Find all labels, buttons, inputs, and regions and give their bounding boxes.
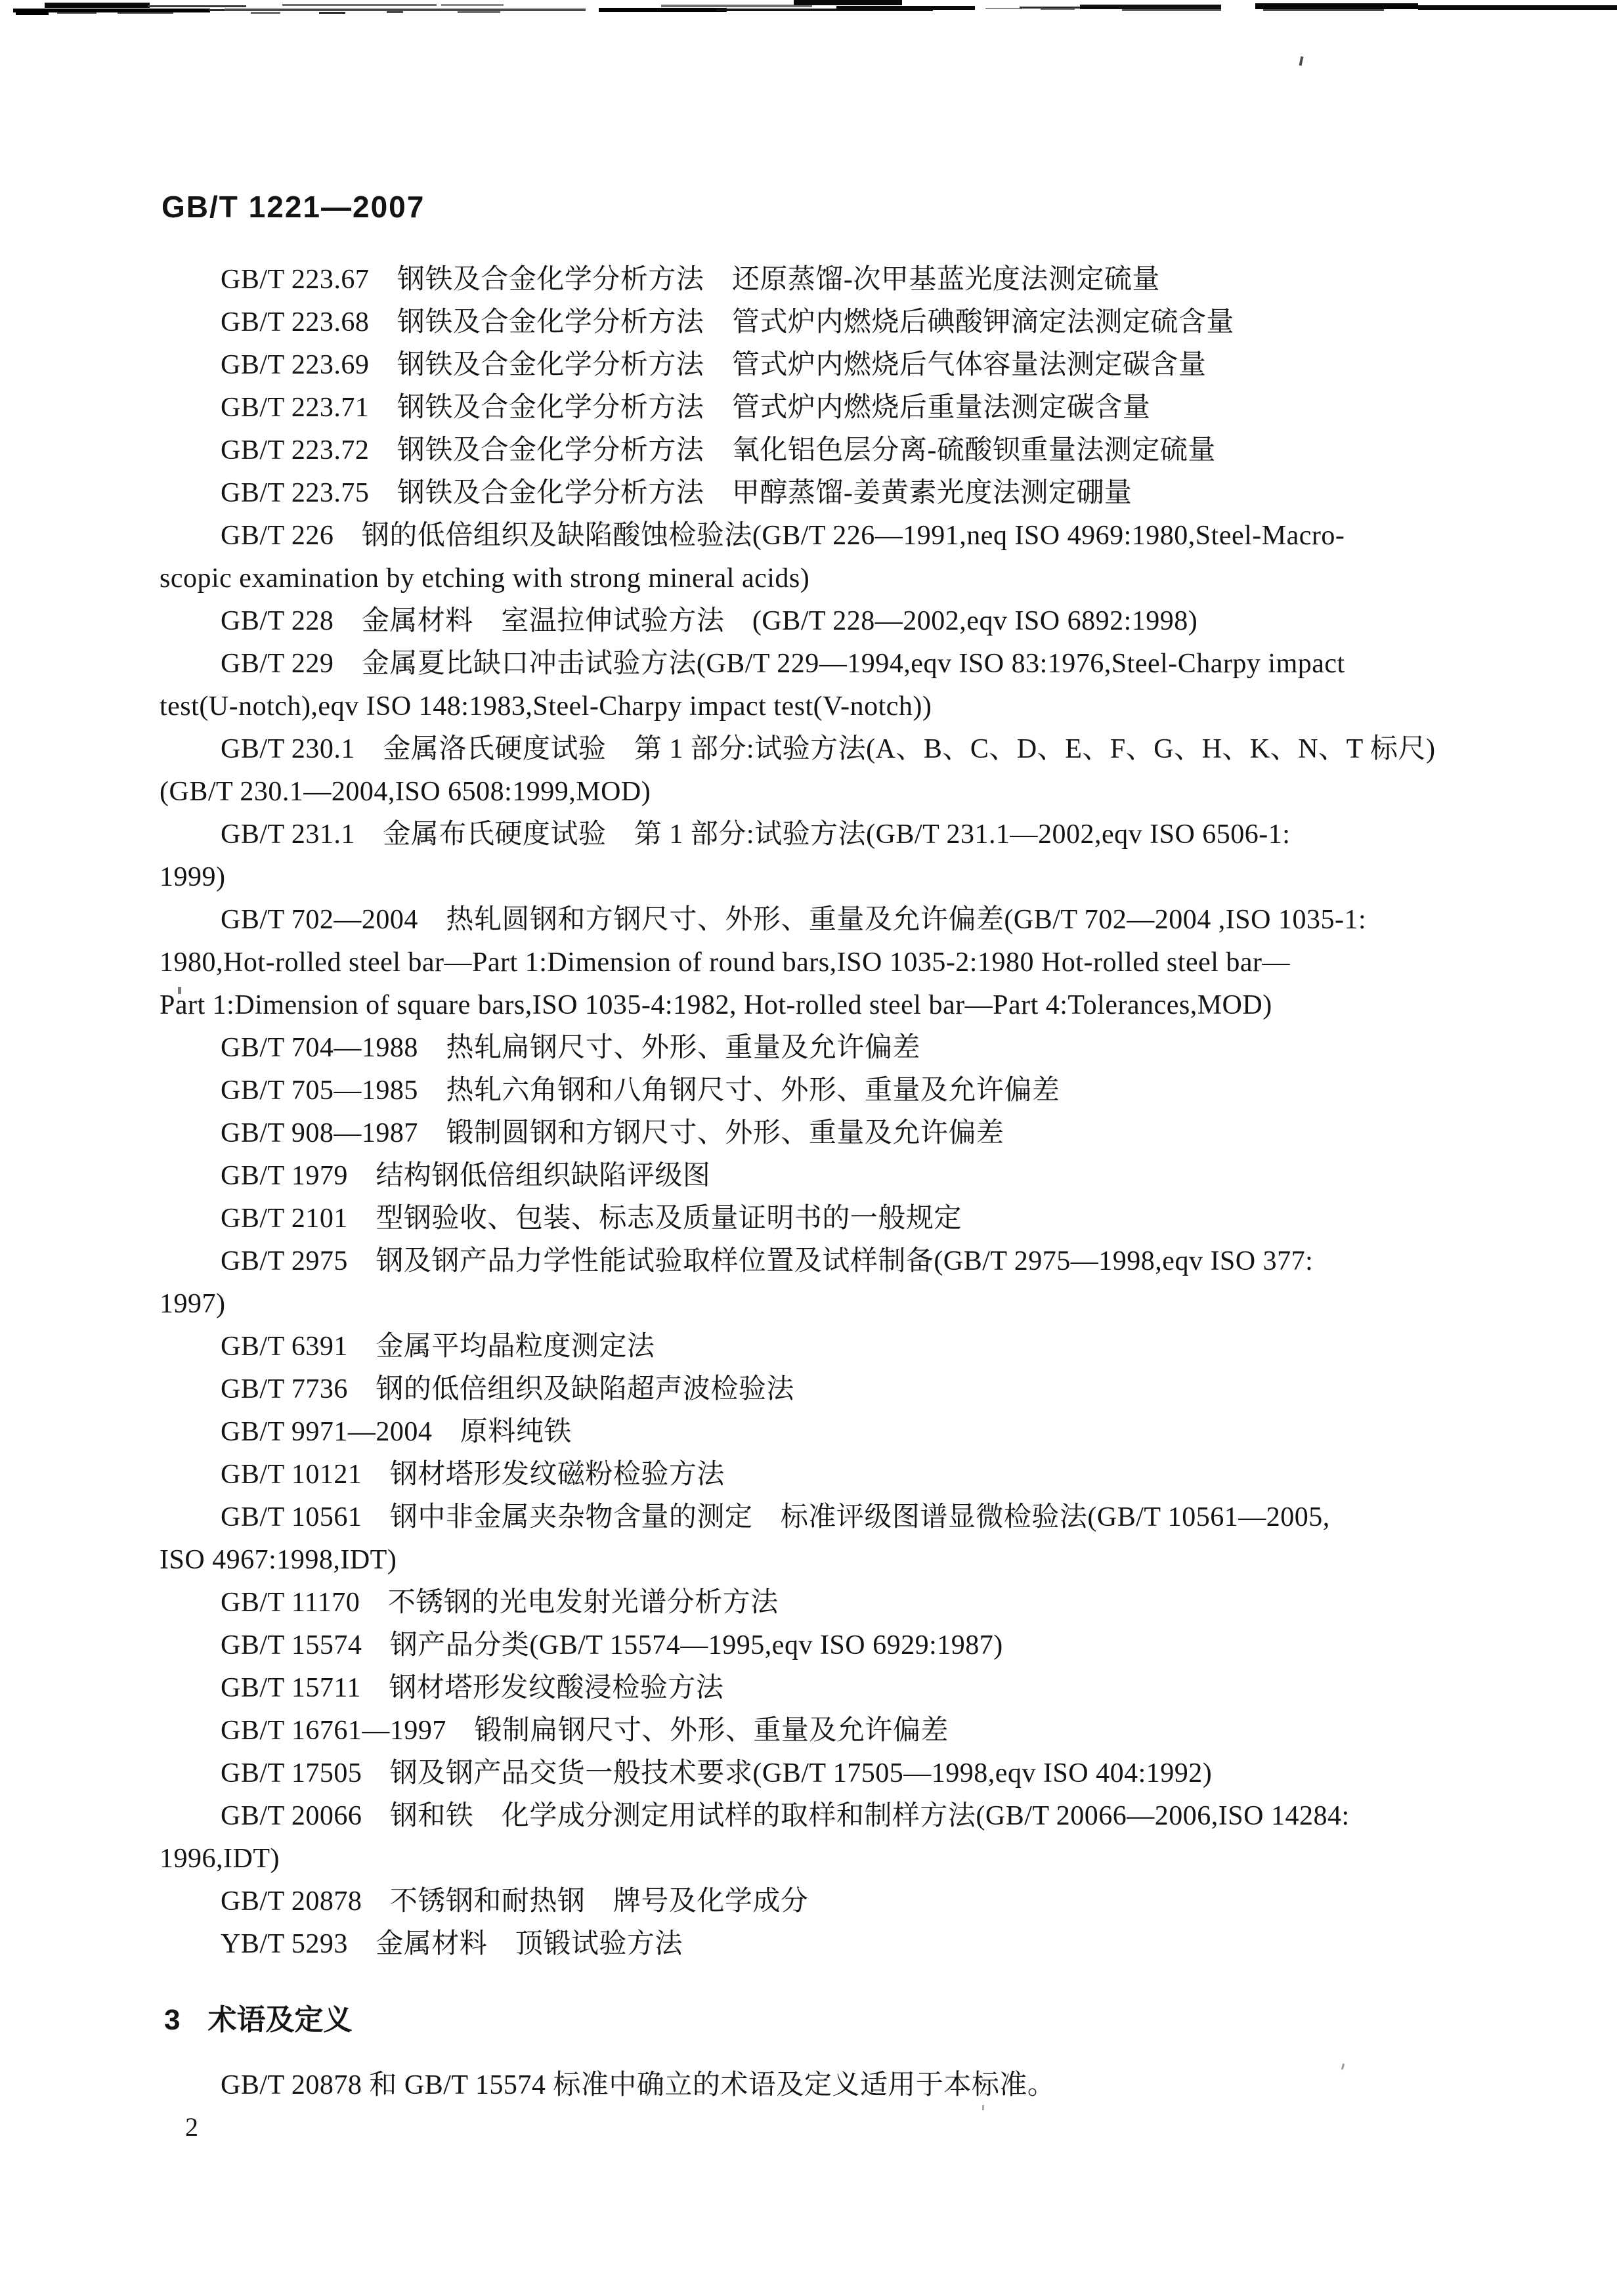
- reference-line: GB/T 223.72 钢铁及合金化学分析方法 氧化铝色层分离-硫酸钡重量法测定…: [160, 429, 1571, 472]
- reference-line: 1980,Hot-rolled steel bar—Part 1:Dimensi…: [160, 942, 1571, 984]
- reference-line: GB/T 10121 钢材塔形发纹磁粉检验方法: [160, 1454, 1571, 1496]
- reference-line: 1999): [160, 856, 1571, 899]
- scan-artifact: [599, 8, 727, 12]
- page-number: 2: [185, 2109, 198, 2146]
- scan-artifact: [1299, 56, 1304, 66]
- reference-line: ISO 4967:1998,IDT): [160, 1539, 1571, 1582]
- reference-line: GB/T 223.71 钢铁及合金化学分析方法 管式炉内燃烧后重量法测定碳含量: [160, 387, 1571, 429]
- reference-line: GB/T 228 金属材料 室温拉伸试验方法 (GB/T 228—2002,eq…: [160, 600, 1571, 643]
- reference-line: (GB/T 230.1—2004,ISO 6508:1999,MOD): [160, 771, 1571, 813]
- reference-line: GB/T 231.1 金属布氏硬度试验 第 1 部分:试验方法(GB/T 231…: [160, 813, 1571, 856]
- scan-artifact: [836, 6, 975, 10]
- section-title: 术语及定义: [207, 2004, 352, 2036]
- standard-code-header: GB/T 1221—2007: [162, 189, 425, 225]
- terms-definitions-paragraph: GB/T 20878 和 GB/T 15574 标准中确立的术语及定义适用于本标…: [160, 2064, 1055, 2107]
- scan-artifact: [1263, 9, 1384, 11]
- reference-line: GB/T 1979 结构钢低倍组织缺陷评级图: [160, 1155, 1571, 1198]
- scanned-document-page: { "header": { "standard_code": "GB/T 122…: [0, 0, 1617, 2296]
- reference-line: GB/T 16761—1997 锻制扁钢尺寸、外形、重量及允许偏差: [160, 1710, 1571, 1752]
- reference-line: GB/T 223.67 钢铁及合金化学分析方法 还原蒸馏-次甲基蓝光度法测定硫量: [160, 259, 1571, 301]
- reference-line: GB/T 223.69 钢铁及合金化学分析方法 管式炉内燃烧后气体容量法测定碳含…: [160, 344, 1571, 387]
- reference-line: GB/T 11170 不锈钢的光电发射光谱分析方法: [160, 1582, 1571, 1624]
- scan-artifact: [1080, 5, 1221, 9]
- scan-artifact: [1341, 2064, 1345, 2069]
- reference-line: test(U-notch),eqv ISO 148:1983,Steel-Cha…: [160, 685, 1571, 728]
- scan-artifact: [1041, 9, 1075, 10]
- scan-artifact: [661, 5, 812, 7]
- reference-line: GB/T 17505 钢及钢产品交货一般技术要求(GB/T 17505—1998…: [160, 1752, 1571, 1795]
- reference-line: GB/T 230.1 金属洛氏硬度试验 第 1 部分:试验方法(A、B、C、D、…: [160, 728, 1571, 771]
- scan-artifact: [985, 8, 1022, 9]
- reference-line: Part 1:Dimension of square bars,ISO 1035…: [160, 984, 1571, 1027]
- reference-line: GB/T 9971—2004 原料纯铁: [160, 1411, 1571, 1454]
- reference-line: GB/T 10561 钢中非金属夹杂物含量的测定 标准评级图谱显微检验法(GB/…: [160, 1496, 1571, 1539]
- reference-line: GB/T 223.75 钢铁及合金化学分析方法 甲醇蒸馏-姜黄素光度法测定硼量: [160, 472, 1571, 515]
- scan-artifact: [57, 12, 97, 14]
- scan-artifact: [1418, 5, 1617, 10]
- reference-line: GB/T 705—1985 热轧六角钢和八角钢尺寸、外形、重量及允许偏差: [160, 1070, 1571, 1112]
- scan-artifact: [319, 12, 345, 14]
- reference-line: GB/T 7736 钢的低倍组织及缺陷超声波检验法: [160, 1368, 1571, 1411]
- scan-artifact: [251, 12, 280, 14]
- section-number: 3: [164, 2004, 180, 2036]
- section-heading: 3术语及定义: [164, 1999, 352, 2041]
- reference-line: GB/T 15711 钢材塔形发纹酸浸检验方法: [160, 1667, 1571, 1710]
- reference-line: 1996,IDT): [160, 1838, 1571, 1880]
- reference-line: GB/T 229 金属夏比缺口冲击试验方法(GB/T 229—1994,eqv …: [160, 643, 1571, 685]
- scan-artifact: [225, 9, 586, 11]
- scan-artifact: [45, 3, 150, 8]
- scan-artifact: [282, 4, 437, 6]
- reference-line: GB/T 6391 金属平均晶粒度测定法: [160, 1326, 1571, 1368]
- scan-artifact: [458, 11, 500, 13]
- reference-line: GB/T 702—2004 热轧圆钢和方钢尺寸、外形、重量及允许偏差(GB/T …: [160, 899, 1571, 942]
- reference-line: GB/T 20878 不锈钢和耐热钢 牌号及化学成分: [160, 1880, 1571, 1923]
- scan-artifact: [441, 4, 504, 6]
- scan-artifact: [16, 12, 49, 15]
- reference-line: GB/T 20066 钢和铁 化学成分测定用试样的取样和制样方法(GB/T 20…: [160, 1795, 1571, 1838]
- reference-line: 1997): [160, 1283, 1571, 1326]
- reference-line: YB/T 5293 金属材料 顶锻试验方法: [160, 1923, 1571, 1966]
- references-list: GB/T 223.67 钢铁及合金化学分析方法 还原蒸馏-次甲基蓝光度法测定硫量…: [160, 259, 1571, 1966]
- scan-artifact: [118, 12, 173, 14]
- reference-line: GB/T 908—1987 锻制圆钢和方钢尺寸、外形、重量及允许偏差: [160, 1112, 1571, 1155]
- scan-artifact: [148, 5, 246, 7]
- reference-line: GB/T 2975 钢及钢产品力学性能试验取样位置及试样制备(GB/T 2975…: [160, 1240, 1571, 1283]
- reference-line: GB/T 2101 型钢验收、包装、标志及质量证明书的一般规定: [160, 1198, 1571, 1240]
- reference-line: GB/T 223.68 钢铁及合金化学分析方法 管式炉内燃烧后碘酸钾滴定法测定硫…: [160, 301, 1571, 344]
- scan-artifact: [794, 0, 902, 5]
- reference-line: GB/T 226 钢的低倍组织及缺陷酸蚀检验法(GB/T 226—1991,ne…: [160, 515, 1571, 557]
- reference-line: scopic examination by etching with stron…: [160, 557, 1571, 600]
- scan-artifact: [387, 11, 403, 13]
- reference-line: GB/T 704—1988 热轧扁钢尺寸、外形、重量及允许偏差: [160, 1027, 1571, 1070]
- scan-artifact: [1122, 9, 1221, 11]
- reference-line: GB/T 15574 钢产品分类(GB/T 15574—1995,eqv ISO…: [160, 1624, 1571, 1667]
- scan-artifact: [1255, 3, 1418, 9]
